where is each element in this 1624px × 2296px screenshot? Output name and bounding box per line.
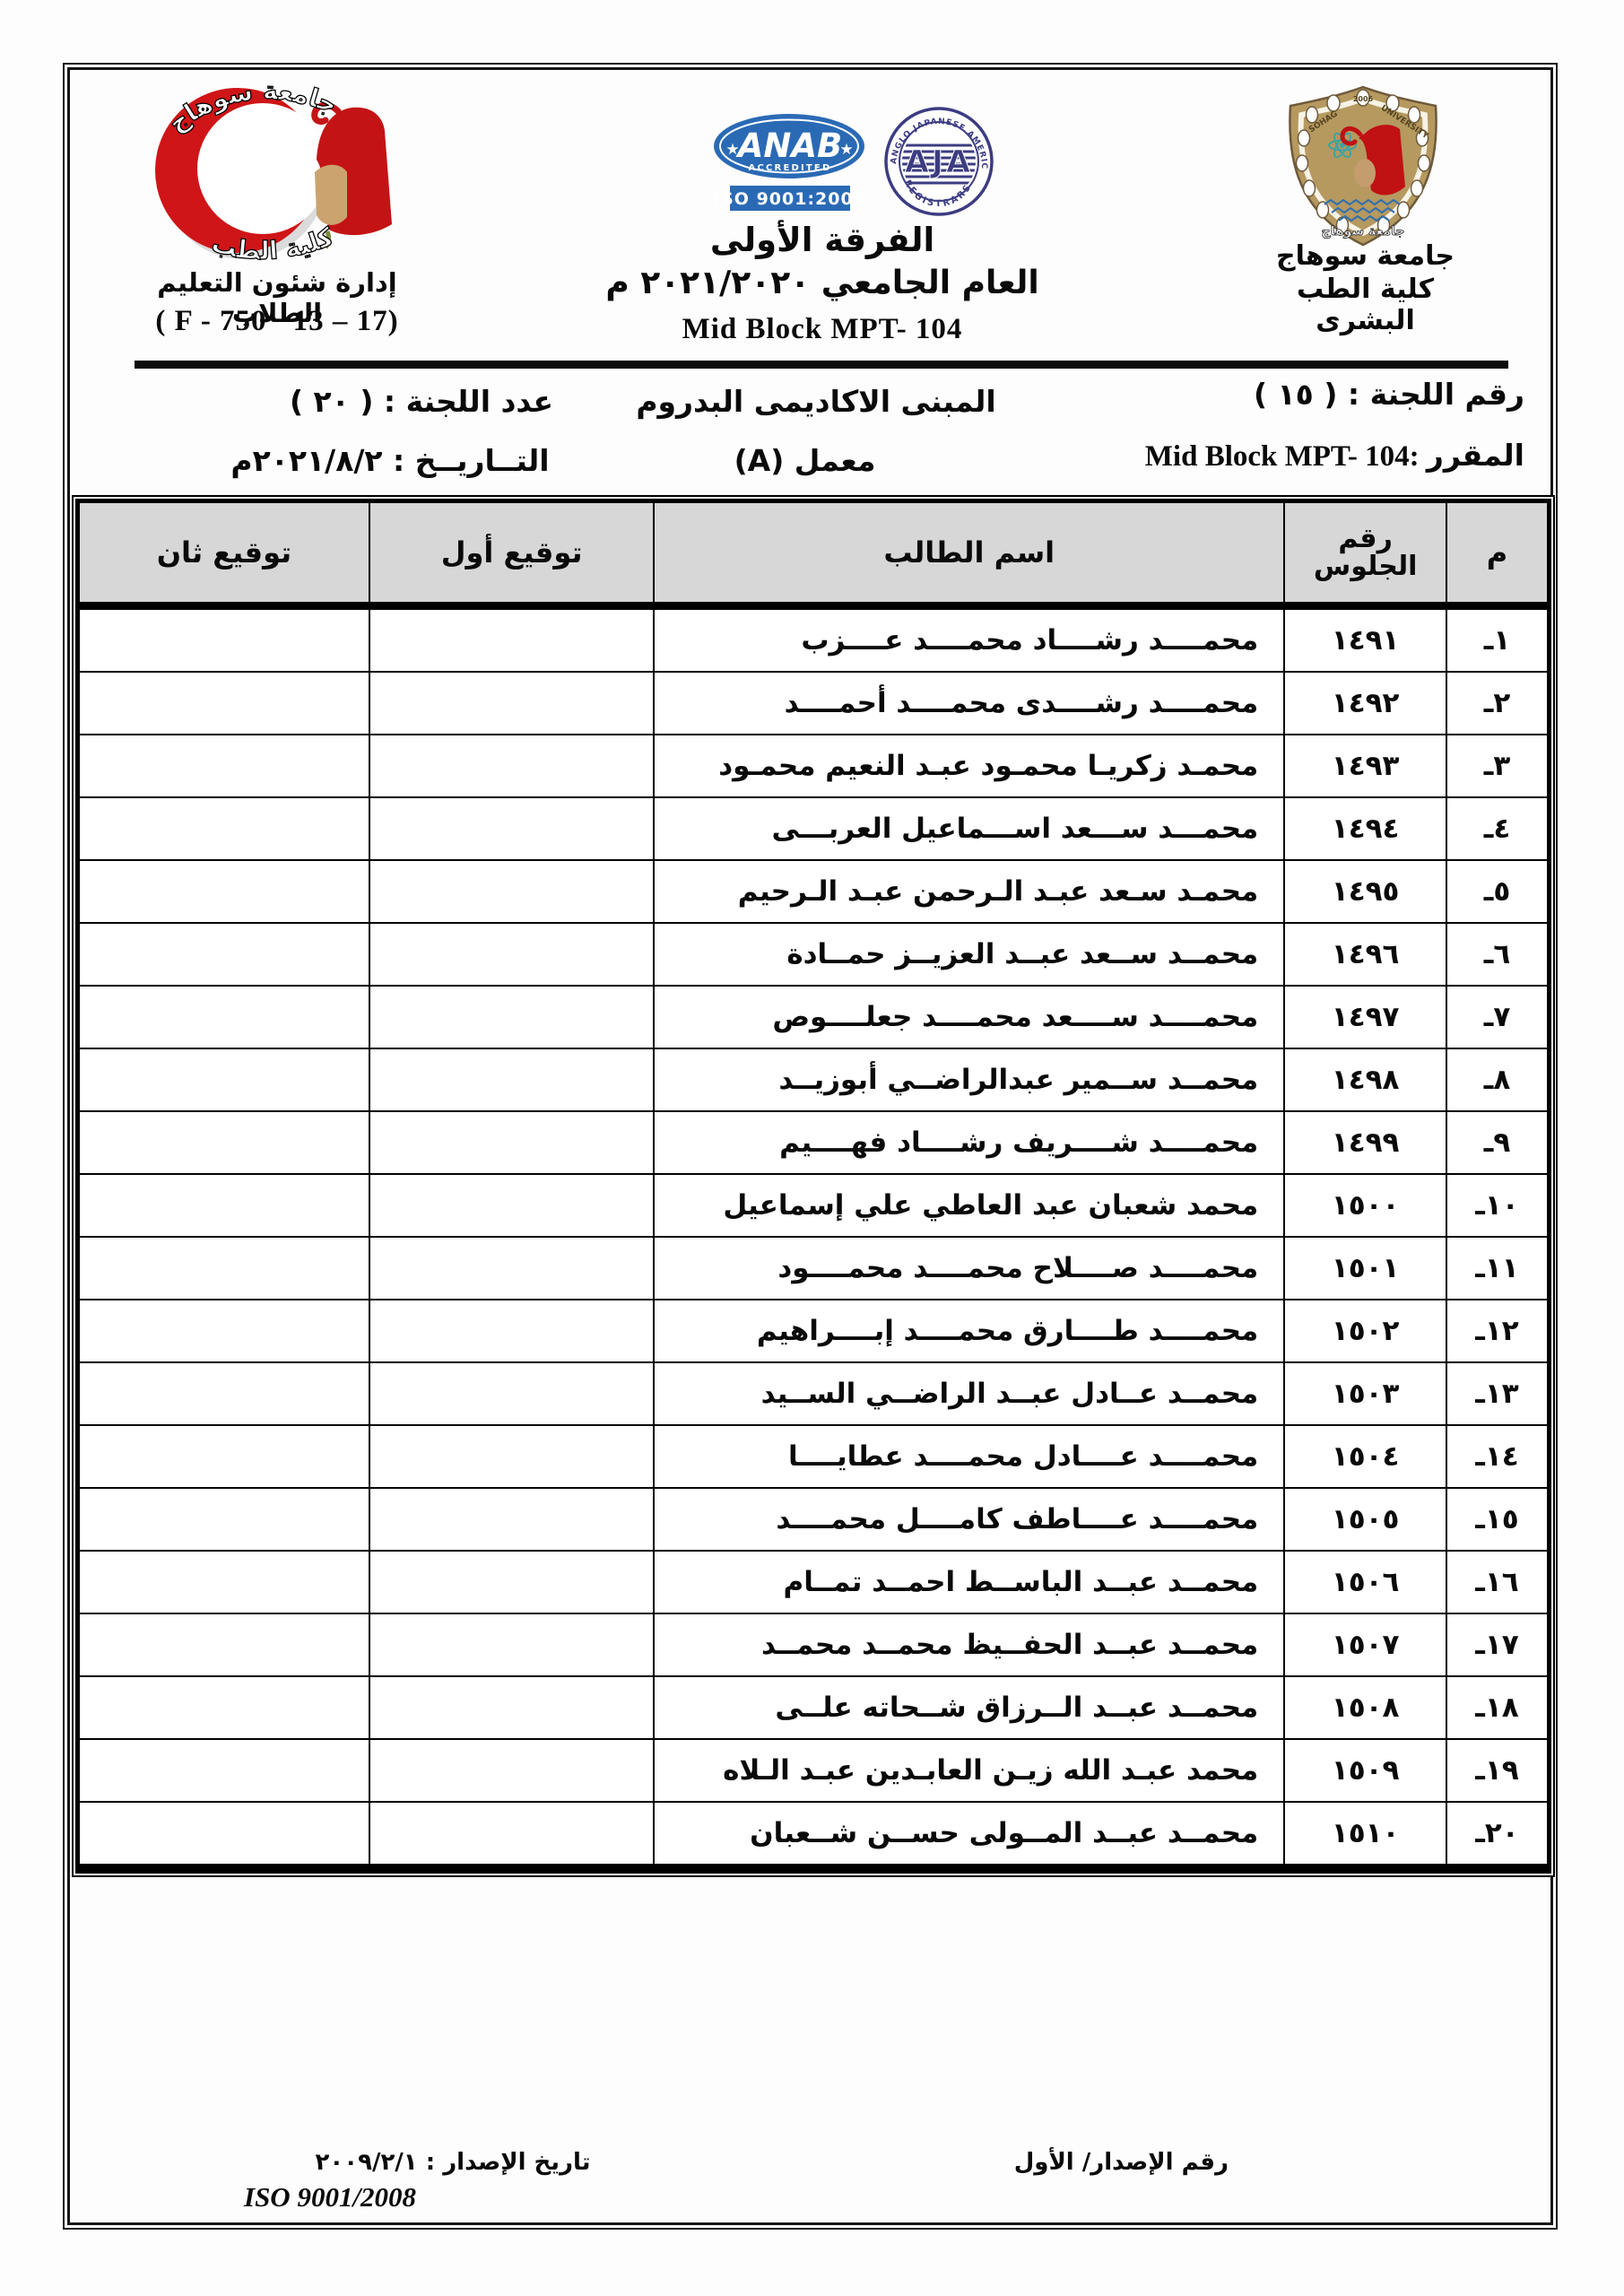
- issue-date: تاريخ الإصدار : ٢٠٠٩/٢/١: [314, 2149, 592, 2176]
- first-signature-cell: [369, 735, 654, 797]
- student-name: محمـــد ســـعد اســـماعيل العربـــى: [654, 797, 1284, 860]
- second-signature-cell: [78, 1551, 369, 1613]
- form-code: ( F - 750 −13 – 17): [110, 305, 444, 338]
- second-signature-cell: [78, 860, 369, 923]
- student-name: محمـد زكريـا محمـود عبـد النعيم محمـود: [654, 735, 1284, 797]
- student-name: محمــد عبــد المــولى حســن شــعبان: [654, 1802, 1284, 1869]
- table-row: ١٦ـ ١٥٠٦ محمــد عبــد الباســط احمــد تم…: [78, 1551, 1550, 1613]
- student-name: محمـد سـعد عبـد الـرحمن عبـد الـرحيم: [654, 860, 1284, 923]
- first-signature-cell: [369, 1048, 654, 1111]
- first-signature-cell: [369, 1111, 654, 1174]
- first-signature-cell: [369, 1237, 654, 1300]
- student-name: محمــــد ســــعد محمــــد جعلــــوص: [654, 986, 1284, 1048]
- table-row: ٩ـ ١٤٩٩ محمــــد شــــريف رشــــاد فهـــ…: [78, 1111, 1550, 1174]
- first-signature-cell: [369, 1613, 654, 1676]
- seat-number: ١٥٠٦: [1284, 1551, 1446, 1613]
- first-signature-cell: [369, 1802, 654, 1869]
- student-name: محمد عبـد الله زيـن العابـدين عبـد الـلا…: [654, 1739, 1284, 1802]
- row-number: ٦ـ: [1446, 923, 1549, 986]
- first-signature-cell: [369, 986, 654, 1048]
- table-row: ١٠ـ ١٥٠٠ محمد شعبان عبد العاطي علي إسماع…: [78, 1174, 1550, 1237]
- second-signature-cell: [78, 1174, 369, 1237]
- second-signature-cell: [78, 1676, 369, 1739]
- student-name: محمــــد رشــــدى محمــــد أحمــــد: [654, 672, 1284, 735]
- committee-count: عدد اللجنة : ( ٢٠ ): [265, 384, 578, 419]
- second-signature-cell: [78, 1739, 369, 1802]
- seat-number: ١٤٩٣: [1284, 735, 1446, 797]
- table-row: ١٨ـ ١٥٠٨ محمــد عبــد الــرزاق شــحاته ع…: [78, 1676, 1550, 1739]
- aja-logo: AJA ANGLO JAPANESE AMERICAN REGISTRARS: [881, 104, 996, 219]
- table-row: ١٩ـ ١٥٠٩ محمد عبـد الله زيـن العابـدين ع…: [78, 1739, 1550, 1802]
- row-number: ١٧ـ: [1446, 1613, 1549, 1676]
- second-signature-cell: [78, 986, 369, 1048]
- seat-number: ١٥٠٥: [1284, 1488, 1446, 1551]
- seat-number: ١٥٠٧: [1284, 1613, 1446, 1676]
- shield-banner-text: جامعة سوهاج: [1322, 224, 1405, 239]
- second-signature-cell: [78, 1300, 369, 1362]
- student-name: محمــد عبــد الحفــيظ محمــد محمــد: [654, 1613, 1284, 1676]
- first-signature-cell: [369, 1739, 654, 1802]
- header-first-signature: توقيع أول: [369, 501, 654, 606]
- table-row: ١٣ـ ١٥٠٣ محمــد عــادل عبــد الراضــي ال…: [78, 1362, 1550, 1425]
- first-signature-cell: [369, 1174, 654, 1237]
- second-signature-cell: [78, 1488, 369, 1551]
- pharaoh-face: [315, 165, 347, 225]
- course-name: المقرر :Mid Block MPT- 104: [1145, 438, 1524, 474]
- table-row: ١٢ـ ١٥٠٢ محمــــد طــــارق محمــــد إبــ…: [78, 1300, 1550, 1362]
- table-row: ١٤ـ ١٥٠٤ محمــــد عــــادل محمــــد عطاي…: [78, 1425, 1550, 1488]
- student-name: محمــــد رشــــاد محمــــد عــــزب: [654, 606, 1284, 673]
- row-number: ١٣ـ: [1446, 1362, 1549, 1425]
- seat-number: ١٥٠٤: [1284, 1425, 1446, 1488]
- seat-number: ١٥٠٣: [1284, 1362, 1446, 1425]
- faculty-name: كلية الطب البشرى: [1251, 274, 1480, 336]
- row-number: ١٨ـ: [1446, 1676, 1549, 1739]
- first-signature-cell: [369, 1488, 654, 1551]
- table-row: ١٧ـ ١٥٠٧ محمــد عبــد الحفــيظ محمــد مح…: [78, 1613, 1550, 1676]
- header-student-name: اسم الطالب: [654, 501, 1284, 606]
- scanned-attendance-sheet: { "document": { "header": { "faculty_log…: [0, 0, 1624, 2296]
- table-row: ٨ـ ١٤٩٨ محمــد ســمير عبدالراضــي أبوزيـ…: [78, 1048, 1550, 1111]
- students-table-body: ١ـ ١٤٩١ محمــــد رشــــاد محمــــد عــــ…: [78, 606, 1550, 1869]
- second-signature-cell: [78, 1425, 369, 1488]
- row-number: ٢ـ: [1446, 672, 1549, 735]
- second-signature-cell: [78, 735, 369, 797]
- seat-number: ١٤٩٦: [1284, 923, 1446, 986]
- first-signature-cell: [369, 1362, 654, 1425]
- student-name: محمــد عبــد الباســط احمــد تمــام: [654, 1551, 1284, 1613]
- row-number: ٥ـ: [1446, 860, 1549, 923]
- second-signature-cell: [78, 1237, 369, 1300]
- row-number: ٣ـ: [1446, 735, 1549, 797]
- second-signature-cell: [78, 1111, 369, 1174]
- exam-date: التــاريــخ : ٢٠٢١/٨/٢م: [202, 443, 578, 478]
- student-name: محمــــد عــــاطف كامــــل محمــــد: [654, 1488, 1284, 1551]
- seat-number: ١٤٩٧: [1284, 986, 1446, 1048]
- first-signature-cell: [369, 606, 654, 673]
- header-no: م: [1446, 501, 1549, 606]
- committee-number: رقم اللجنة : ( ١٥ ): [1254, 377, 1524, 412]
- second-signature-cell: [78, 606, 369, 673]
- table-row: ٥ـ ١٤٩٥ محمـد سـعد عبـد الـرحمن عبـد الـ…: [78, 860, 1550, 923]
- second-signature-cell: [78, 797, 369, 860]
- seat-number: ١٤٩٤: [1284, 797, 1446, 860]
- university-shield-logo: SOHAG 2006 UNIVERSITY جامعة سوهاج: [1278, 81, 1448, 251]
- header-divider: [135, 361, 1508, 369]
- table-row: ٢ـ ١٤٩٢ محمــــد رشــــدى محمــــد أحمــ…: [78, 672, 1550, 735]
- table-row: ١٥ـ ١٥٠٥ محمــــد عــــاطف كامــــل محمـ…: [78, 1488, 1550, 1551]
- first-signature-cell: [369, 1300, 654, 1362]
- building-name: المبنى الاكاديمى البدروم: [628, 384, 1004, 419]
- row-number: ١٥ـ: [1446, 1488, 1549, 1551]
- iso-standard-text: ISO 9001/2008: [244, 2181, 416, 2213]
- row-number: ١٠ـ: [1446, 1174, 1549, 1237]
- header-seat-line1: رقم: [1285, 525, 1446, 553]
- university-name: جامعة سوهاج: [1269, 240, 1462, 272]
- row-number: ١ـ: [1446, 606, 1549, 673]
- student-name: محمــــد صــــلاح محمــــد محمــــود: [654, 1237, 1284, 1300]
- first-signature-cell: [369, 923, 654, 986]
- first-signature-cell: [369, 1551, 654, 1613]
- row-number: ٨ـ: [1446, 1048, 1549, 1111]
- first-signature-cell: [369, 1676, 654, 1739]
- first-signature-cell: [369, 672, 654, 735]
- student-name: محمــد عبــد الــرزاق شــحاته علــى: [654, 1676, 1284, 1739]
- second-signature-cell: [78, 1802, 369, 1869]
- iso-9001-badge: ISO 9001:2008: [714, 189, 866, 209]
- seat-number: ١٤٩٩: [1284, 1111, 1446, 1174]
- seat-number: ١٥٠٠: [1284, 1174, 1446, 1237]
- table-row: ٧ـ ١٤٩٧ محمــــد ســــعد محمــــد جعلـــ…: [78, 986, 1550, 1048]
- table-row: ٦ـ ١٤٩٦ محمــد ســعد عبــد العزيــز حمــ…: [78, 923, 1550, 986]
- table-row: ٣ـ ١٤٩٣ محمـد زكريـا محمـود عبـد النعيم …: [78, 735, 1550, 797]
- row-number: ١٢ـ: [1446, 1300, 1549, 1362]
- row-number: ١١ـ: [1446, 1237, 1549, 1300]
- second-signature-cell: [78, 672, 369, 735]
- seat-number: ١٤٩١: [1284, 606, 1446, 673]
- academic-year-title: العام الجامعي ٢٠٢١/٢٠٢٠ م: [594, 265, 1051, 301]
- seat-number: ١٤٩٥: [1284, 860, 1446, 923]
- seat-number: ١٥٠٨: [1284, 1676, 1446, 1739]
- seat-number: ١٤٩٢: [1284, 672, 1446, 735]
- row-number: ٤ـ: [1446, 797, 1549, 860]
- row-number: ١٤ـ: [1446, 1425, 1549, 1488]
- lab-name: معمل (A): [708, 443, 901, 478]
- anab-wordmark: ANAB: [735, 126, 842, 165]
- second-signature-cell: [78, 1048, 369, 1111]
- row-number: ١٦ـ: [1446, 1551, 1549, 1613]
- student-name: محمــــد شــــريف رشــــاد فهــــيم: [654, 1111, 1284, 1174]
- table-row: ١ـ ١٤٩١ محمــــد رشــــاد محمــــد عــــ…: [78, 606, 1550, 673]
- table-header-row: م رقم الجلوس اسم الطالب توقيع أول توقيع …: [78, 501, 1550, 606]
- aja-wordmark: AJA: [905, 144, 973, 180]
- student-name: محمــد ســعد عبــد العزيــز حمــادة: [654, 923, 1284, 986]
- shield-pharaoh-face: [1354, 159, 1376, 187]
- header-second-signature: توقيع ثان: [78, 501, 369, 606]
- row-number: ٧ـ: [1446, 986, 1549, 1048]
- table-row: ٢٠ـ ١٥١٠ محمــد عبــد المــولى حســن شــ…: [78, 1802, 1550, 1869]
- anab-logo: ★ ★ ANAB ACCREDITED ISO 9001:2008: [711, 110, 871, 216]
- anab-accredited-text: ACCREDITED: [749, 163, 832, 173]
- faculty-crescent-logo: جامعة سوهاج كلية الطب: [103, 72, 430, 265]
- seat-number: ١٤٩٨: [1284, 1048, 1446, 1111]
- seat-number: ١٥٠٢: [1284, 1300, 1446, 1362]
- first-signature-cell: [369, 1425, 654, 1488]
- row-number: ٢٠ـ: [1446, 1802, 1549, 1869]
- second-signature-cell: [78, 1613, 369, 1676]
- student-name: محمــــد عــــادل محمــــد عطايــــا: [654, 1425, 1284, 1488]
- student-name: محمد شعبان عبد العاطي علي إسماعيل: [654, 1174, 1284, 1237]
- second-signature-cell: [78, 923, 369, 986]
- seat-number: ١٥١٠: [1284, 1802, 1446, 1869]
- student-name: محمــــد طــــارق محمــــد إبــــراهيم: [654, 1300, 1284, 1362]
- second-signature-cell: [78, 1362, 369, 1425]
- header-seat-number: رقم الجلوس: [1284, 501, 1446, 606]
- row-number: ١٩ـ: [1446, 1739, 1549, 1802]
- student-name: محمــد عــادل عبــد الراضــي الســيد: [654, 1362, 1284, 1425]
- students-table: م رقم الجلوس اسم الطالب توقيع أول توقيع …: [75, 499, 1551, 1874]
- shield-year-text: 2006: [1353, 95, 1374, 103]
- header-seat-line2: الجلوس: [1285, 552, 1446, 581]
- seat-number: ١٥٠١: [1284, 1237, 1446, 1300]
- first-signature-cell: [369, 797, 654, 860]
- seat-number: ١٥٠٩: [1284, 1739, 1446, 1802]
- grade-title: الفرقة الأولى: [638, 221, 1006, 259]
- table-row: ٤ـ ١٤٩٤ محمـــد ســـعد اســـماعيل العربـ…: [78, 797, 1550, 860]
- block-title: Mid Block MPT- 104: [638, 313, 1006, 346]
- issue-number: رقم الإصدار/ الأول: [1018, 2149, 1229, 2176]
- first-signature-cell: [369, 860, 654, 923]
- row-number: ٩ـ: [1446, 1111, 1549, 1174]
- student-name: محمــد ســمير عبدالراضــي أبوزيــد: [654, 1048, 1284, 1111]
- table-row: ١١ـ ١٥٠١ محمــــد صــــلاح محمــــد محمـ…: [78, 1237, 1550, 1300]
